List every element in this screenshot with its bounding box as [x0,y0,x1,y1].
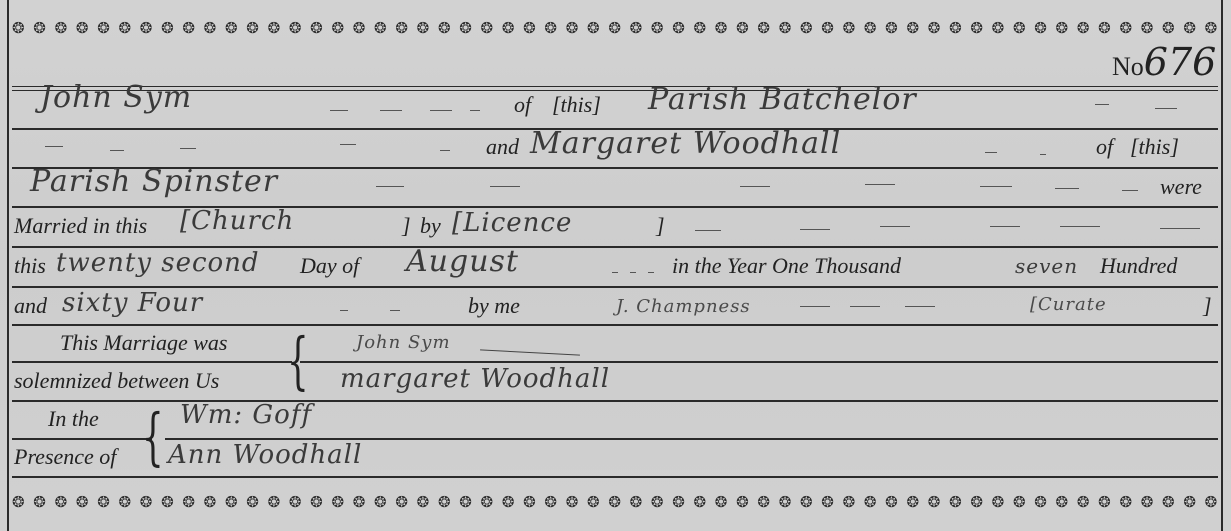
flower-ornament-icon: ❂ [587,492,600,512]
filler-dash [45,146,63,147]
filler-dash [740,186,770,187]
witness-1-signature: Wm: Goff [180,400,312,430]
flower-ornament-icon: ❂ [502,18,515,38]
filler-dash [376,186,404,187]
flower-ornament-icon: ❂ [523,492,536,512]
flower-ornament-icon: ❂ [182,18,195,38]
officiant-title-close: ] [1203,293,1212,319]
filler-dash [110,150,124,151]
flower-ornament-icon: ❂ [843,492,856,512]
flower-ornament-icon: ❂ [821,18,834,38]
flower-ornament-icon: ❂ [1162,492,1175,512]
flower-ornament-icon: ❂ [33,492,46,512]
flower-ornament-icon: ❂ [204,492,217,512]
filler-dash [1055,188,1079,189]
flower-ornament-icon: ❂ [885,492,898,512]
flower-ornament-icon: ❂ [118,492,131,512]
flower-ornament-icon: ❂ [289,18,302,38]
by-me-label: by me [468,293,520,319]
flower-ornament-icon: ❂ [1098,492,1111,512]
flower-ornament-icon: ❂ [672,492,685,512]
flower-ornament-icon: ❂ [523,18,536,38]
this-label: this [14,253,46,279]
flower-ornament-icon: ❂ [630,18,643,38]
flower-ornament-icon: ❂ [97,18,110,38]
filler-dash [850,306,880,307]
rule-line [12,438,152,440]
flower-ornament-icon: ❂ [1098,18,1111,38]
flower-ornament-icon: ❂ [55,18,68,38]
flower-ornament-icon: ❂ [715,492,728,512]
filler-dash [340,310,348,311]
filler-dash [1060,226,1100,227]
flower-ornament-icon: ❂ [800,492,813,512]
flower-ornament-icon: ❂ [1077,18,1090,38]
filler-dash [695,230,721,231]
married-in-label: Married in this [14,213,147,239]
filler-dash [905,306,935,307]
by-label: by [420,213,441,239]
witness-2-signature: Ann Woodhall [168,440,362,470]
flower-ornament-icon: ❂ [12,492,25,512]
flower-ornament-icon: ❂ [374,492,387,512]
method-close-bracket: ] [656,213,665,239]
filler-dash [630,272,636,273]
flower-ornament-icon: ❂ [1119,18,1132,38]
right-border [1221,0,1223,531]
filler-dash [800,306,830,307]
filler-dash [1040,154,1046,155]
flower-ornament-icon: ❂ [246,492,259,512]
flower-ornament-icon: ❂ [715,18,728,38]
groom-name: John Sym [40,80,192,115]
flower-ornament-icon: ❂ [331,492,344,512]
flower-ornament-icon: ❂ [694,492,707,512]
filler-dash [440,150,450,151]
officiant-title: [Curate [1030,294,1107,315]
signature-flourish [480,349,580,355]
and-label: and [486,134,519,160]
flower-ornament-icon: ❂ [843,18,856,38]
flower-ornament-icon: ❂ [310,492,323,512]
flower-ornament-icon: ❂ [417,492,430,512]
bride-name: Margaret Woodhall [530,126,841,161]
flower-ornament-icon: ❂ [481,492,494,512]
groom-status: Parish Batchelor [648,82,917,117]
flower-ornament-icon: ❂ [694,18,707,38]
flower-ornament-icon: ❂ [736,18,749,38]
flower-ornament-icon: ❂ [928,492,941,512]
filler-dash [340,144,356,145]
bottom-ornament-border: ❂❂❂❂❂❂❂❂❂❂❂❂❂❂❂❂❂❂❂❂❂❂❂❂❂❂❂❂❂❂❂❂❂❂❂❂❂❂❂❂… [12,492,1218,512]
flower-ornament-icon: ❂ [608,492,621,512]
of-label: of [514,92,531,118]
flower-ornament-icon: ❂ [225,18,238,38]
flower-ornament-icon: ❂ [76,18,89,38]
rule-line [300,361,1218,363]
flower-ornament-icon: ❂ [395,492,408,512]
marriage-place: [Church [180,206,294,236]
flower-ornament-icon: ❂ [310,18,323,38]
flower-ornament-icon: ❂ [353,492,366,512]
day-of-label: Day of [300,253,359,279]
flower-ornament-icon: ❂ [1056,18,1069,38]
filler-dash [612,272,618,273]
flower-ornament-icon: ❂ [502,492,515,512]
flower-ornament-icon: ❂ [587,18,600,38]
witness-label-2: Presence of [14,444,116,470]
flower-ornament-icon: ❂ [949,492,962,512]
flower-ornament-icon: ❂ [1034,492,1047,512]
entry-number-value: 676 [1144,40,1217,84]
solemnized-label-1: This Marriage was [60,330,227,356]
flower-ornament-icon: ❂ [970,492,983,512]
flower-ornament-icon: ❂ [331,18,344,38]
flower-ornament-icon: ❂ [268,492,281,512]
rule-line [12,361,292,363]
flower-ornament-icon: ❂ [736,492,749,512]
top-ornament-border: ❂❂❂❂❂❂❂❂❂❂❂❂❂❂❂❂❂❂❂❂❂❂❂❂❂❂❂❂❂❂❂❂❂❂❂❂❂❂❂❂… [12,18,1218,38]
filler-dash [985,152,997,153]
left-border [7,0,9,531]
marriage-method: [Licence [452,208,572,238]
flower-ornament-icon: ❂ [1013,492,1026,512]
flower-ornament-icon: ❂ [651,18,664,38]
flower-ornament-icon: ❂ [544,492,557,512]
marriage-register-entry: ❂❂❂❂❂❂❂❂❂❂❂❂❂❂❂❂❂❂❂❂❂❂❂❂❂❂❂❂❂❂❂❂❂❂❂❂❂❂❂❂… [0,0,1231,531]
flower-ornament-icon: ❂ [161,18,174,38]
solemnized-label-2: solemnized between Us [14,368,219,394]
flower-ornament-icon: ❂ [353,18,366,38]
flower-ornament-icon: ❂ [1141,492,1154,512]
flower-ornament-icon: ❂ [800,18,813,38]
flower-ornament-icon: ❂ [779,18,792,38]
filler-dash [430,110,452,111]
flower-ornament-icon: ❂ [374,18,387,38]
flower-ornament-icon: ❂ [140,18,153,38]
filler-dash [1122,190,1138,191]
filler-dash [470,110,480,111]
flower-ornament-icon: ❂ [757,492,770,512]
flower-ornament-icon: ❂ [268,18,281,38]
flower-ornament-icon: ❂ [1183,18,1196,38]
entry-number-label: No [1112,52,1144,81]
flower-ornament-icon: ❂ [1056,492,1069,512]
flower-ornament-icon: ❂ [459,492,472,512]
marriage-day: twenty second [56,248,260,278]
marriage-month: August [406,244,519,279]
place-close-bracket: ] [402,213,411,239]
brace-icon: { [142,402,164,472]
flower-ornament-icon: ❂ [481,18,494,38]
flower-ornament-icon: ❂ [1119,492,1132,512]
filler-dash [648,272,654,273]
rule-line [12,476,1218,478]
flower-ornament-icon: ❂ [204,18,217,38]
flower-ornament-icon: ❂ [1034,18,1047,38]
officiant-signature: J. Champness [616,296,751,317]
flower-ornament-icon: ❂ [417,18,430,38]
flower-ornament-icon: ❂ [1013,18,1026,38]
filler-dash [380,110,402,111]
filler-dash [1155,108,1177,109]
flower-ornament-icon: ❂ [864,18,877,38]
flower-ornament-icon: ❂ [225,492,238,512]
flower-ornament-icon: ❂ [1205,492,1218,512]
flower-ornament-icon: ❂ [949,18,962,38]
year-label: in the Year One Thousand [672,253,901,279]
hundred-label: Hundred [1100,253,1177,279]
witness-label-1: In the [48,406,99,432]
flower-ornament-icon: ❂ [55,492,68,512]
groom-signature: John Sym [356,332,451,353]
flower-ornament-icon: ❂ [438,492,451,512]
flower-ornament-icon: ❂ [970,18,983,38]
flower-ornament-icon: ❂ [757,18,770,38]
flower-ornament-icon: ❂ [1077,492,1090,512]
groom-parish: [this] [552,92,601,118]
flower-ornament-icon: ❂ [12,18,25,38]
filler-dash [490,186,520,187]
bride-parish: [this] [1130,134,1179,160]
flower-ornament-icon: ❂ [544,18,557,38]
flower-ornament-icon: ❂ [992,18,1005,38]
flower-ornament-icon: ❂ [928,18,941,38]
flower-ornament-icon: ❂ [76,492,89,512]
flower-ornament-icon: ❂ [140,492,153,512]
brace-icon: { [287,326,309,396]
filler-dash [1095,104,1109,105]
flower-ornament-icon: ❂ [566,18,579,38]
bride-signature: margaret Woodhall [340,364,610,394]
flower-ornament-icon: ❂ [864,492,877,512]
flower-ornament-icon: ❂ [566,492,579,512]
flower-ornament-icon: ❂ [906,492,919,512]
filler-dash [1160,228,1200,229]
flower-ornament-icon: ❂ [1141,18,1154,38]
year-tail: sixty Four [62,288,203,318]
flower-ornament-icon: ❂ [246,18,259,38]
filler-dash [390,310,400,311]
flower-ornament-icon: ❂ [438,18,451,38]
filler-dash [865,184,895,185]
flower-ornament-icon: ❂ [118,18,131,38]
bride-status: Parish Spinster [30,164,278,199]
flower-ornament-icon: ❂ [395,18,408,38]
filler-dash [990,226,1020,227]
filler-dash [880,226,910,227]
entry-number: No676 [1112,40,1216,84]
flower-ornament-icon: ❂ [289,492,302,512]
flower-ornament-icon: ❂ [161,492,174,512]
of-label-2: of [1096,134,1113,160]
filler-dash [330,110,348,111]
flower-ornament-icon: ❂ [992,492,1005,512]
flower-ornament-icon: ❂ [97,492,110,512]
flower-ornament-icon: ❂ [651,492,664,512]
rule-line [12,86,1218,87]
flower-ornament-icon: ❂ [33,18,46,38]
flower-ornament-icon: ❂ [459,18,472,38]
flower-ornament-icon: ❂ [672,18,685,38]
flower-ornament-icon: ❂ [1205,18,1218,38]
flower-ornament-icon: ❂ [906,18,919,38]
flower-ornament-icon: ❂ [1162,18,1175,38]
flower-ornament-icon: ❂ [608,18,621,38]
flower-ornament-icon: ❂ [630,492,643,512]
rule-line [12,324,1218,326]
filler-dash [980,186,1012,187]
flower-ornament-icon: ❂ [1183,492,1196,512]
flower-ornament-icon: ❂ [182,492,195,512]
were-label: were [1160,174,1202,200]
and-label-2: and [14,293,47,319]
flower-ornament-icon: ❂ [779,492,792,512]
filler-dash [800,229,830,230]
year-hundreds: seven [1015,254,1078,278]
flower-ornament-icon: ❂ [821,492,834,512]
filler-dash [180,148,196,149]
flower-ornament-icon: ❂ [885,18,898,38]
